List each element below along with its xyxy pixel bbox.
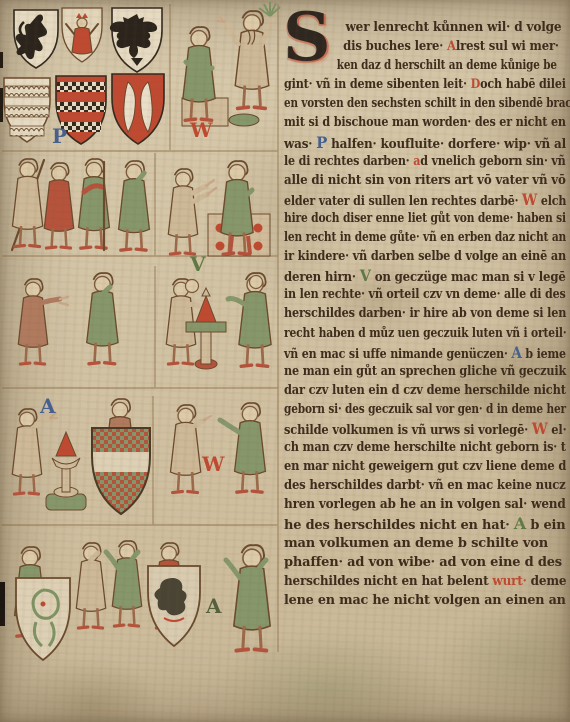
shield-wavy-bands-icon bbox=[4, 78, 50, 142]
text-segment: elch bbox=[537, 194, 566, 209]
text-line: dis buches lere· Alrest sul wi mer· bbox=[284, 37, 537, 56]
picture-column bbox=[0, 0, 285, 722]
text-line: lene en mac he nicht volgen an einen an bbox=[284, 591, 561, 610]
text-segment: en mar nicht geweigern gut czv liene dem… bbox=[284, 459, 566, 474]
rubricated-initial: D bbox=[471, 77, 481, 92]
text-segment: recht haben d můz uen geczuik luten vñ i… bbox=[284, 326, 566, 341]
text-segment: ne man ein gůt an sprechen gliche vñ gec… bbox=[284, 364, 566, 379]
text-line: deren hirn· V on geczüge mac man si v le… bbox=[284, 266, 539, 285]
text-segment: lrest sul wi mer· bbox=[456, 39, 559, 54]
text-line: ir kindere· vñ darben selbe d volge an e… bbox=[284, 247, 529, 266]
text-line: ch man czv deme herschilte nicht geborn … bbox=[284, 438, 529, 457]
text-line: en vorsten den sechsten schilt in den si… bbox=[284, 94, 510, 113]
text-segment: dar czv luten ein d czv deme herschilde … bbox=[284, 383, 566, 398]
text-segment: deme bbox=[527, 574, 567, 589]
shield-two-fish-icon bbox=[112, 74, 164, 144]
rubricated-initial: V bbox=[360, 266, 371, 285]
text-segment: gint· vñ in deme sibenten leit· bbox=[284, 77, 471, 92]
miniature-row-heraldry bbox=[4, 2, 280, 144]
rubricated-initial: W bbox=[532, 419, 548, 438]
text-segment: mit si d bischoue man worden· des er nic… bbox=[284, 115, 566, 130]
text-segment: ken daz d herschilt an deme kůnige be bbox=[337, 58, 557, 73]
text-segment: herschildes darben· ir hire ab von deme … bbox=[284, 306, 566, 321]
painted-initial-W: W bbox=[202, 454, 224, 474]
text-segment: ch man czv deme herschilte nicht geborn … bbox=[284, 440, 566, 455]
miniature-row-eagle-shields bbox=[15, 541, 271, 660]
text-segment: b ein bbox=[526, 518, 565, 533]
text-segment: alle di nicht sin von riters art vō vate… bbox=[284, 173, 566, 188]
miniature-row-homage bbox=[12, 159, 270, 256]
rubricated-initial: A bbox=[447, 39, 456, 54]
text-line: in len rechte· vñ orteil czv vn deme· al… bbox=[284, 285, 525, 304]
rubricated-initial: W bbox=[522, 190, 537, 209]
text-segment: halfen· koufluite· dorfere· wip· vñ al bbox=[327, 137, 566, 152]
page-edge-mark bbox=[0, 88, 3, 122]
text-segment: vñ en mac si uffe nimande genüczen· bbox=[284, 347, 511, 362]
rubricated-initial: a bbox=[413, 154, 420, 169]
text-segment: schilde volkumen is vñ urws si vorlegē· bbox=[284, 423, 532, 438]
seated-man-green bbox=[182, 27, 228, 126]
text-segment: hren vorlegen ab he an in volgen sal· we… bbox=[284, 497, 566, 512]
page-edge-mark bbox=[0, 52, 3, 68]
painted-initial-V: V bbox=[190, 254, 206, 274]
text-line: man volkumen an deme b schilte von bbox=[284, 534, 566, 553]
text-line: geborn si· des geczuik sal vor gen· d in… bbox=[284, 400, 513, 419]
text-segment: he des herschildes nicht en hat· bbox=[284, 518, 514, 533]
text-segment: was· bbox=[284, 137, 316, 152]
panel-crowned-king-icon bbox=[62, 8, 102, 62]
text-line: herschildes darben· ir hire ab von deme … bbox=[284, 304, 529, 323]
text-line: he des herschildes nicht en hat· A b ein bbox=[284, 514, 565, 533]
text-segment: d vnelich geborn sin· vñ bbox=[420, 154, 565, 169]
rubricated-initial: A bbox=[511, 343, 521, 362]
man-with-banded-shield bbox=[92, 399, 150, 516]
shield-dark-bird-icon bbox=[148, 566, 200, 646]
shield-eagle-sketch-icon bbox=[16, 578, 70, 660]
rubricated-initial: A bbox=[514, 514, 526, 533]
text-line: hren vorlegen ab he an in volgen sal· we… bbox=[284, 495, 546, 514]
text-segment: geborn si· des geczuik sal vor gen· d in… bbox=[284, 402, 566, 417]
text-segment: hire doch diser enne liet gůt von deme· … bbox=[284, 211, 566, 226]
text-segment: wer lenrecht kůnnen wil· d volge bbox=[345, 20, 561, 35]
text-segment: man volkumen an deme b schilte von bbox=[284, 536, 548, 551]
text-segment: on geczüge mac man si v legē bbox=[371, 270, 566, 285]
text-segment: ir kindere· vñ darben selbe d volge an e… bbox=[284, 249, 566, 264]
painted-initial-A: A bbox=[206, 596, 222, 616]
text-line: wer lenrecht kůnnen wil· d volge bbox=[284, 18, 547, 37]
text-line: alle di nicht sin von riters art vō vate… bbox=[284, 171, 541, 190]
text-line: ken daz d herschilt an deme kůnige be bbox=[284, 56, 510, 75]
text-line: elder vater di sullen len rechtes darbē·… bbox=[284, 190, 524, 209]
text-segment: in len rechte· vñ orteil czv vn deme· al… bbox=[284, 287, 566, 302]
shield-black-lion-icon bbox=[14, 10, 58, 68]
text-line: en mar nicht geweigern gut czv liene dem… bbox=[284, 457, 533, 476]
text-segment: phaffen· ad von wibe· ad von eine d des bbox=[284, 555, 562, 570]
text-line: schilde volkumen is vñ urws si vorlegē· … bbox=[284, 419, 533, 438]
text-segment: dis buches lere· bbox=[343, 39, 447, 54]
text-segment: lene en mac he nicht volgen an einen an bbox=[284, 593, 566, 608]
text-segment: herschildes nicht en hat belent bbox=[284, 574, 492, 589]
text-column: wer lenrecht kůnnen wil· d volgedis buch… bbox=[284, 18, 566, 658]
painted-initial-P: P bbox=[52, 126, 67, 146]
text-line: dar czv luten ein d czv deme herschilde … bbox=[284, 381, 532, 400]
text-line: was· P halfen· koufluite· dorfere· wip· … bbox=[284, 133, 544, 152]
miniature-row-reliquary bbox=[18, 273, 271, 369]
text-segment: el· bbox=[547, 423, 566, 438]
text-segment: des herschildes darbt· vñ en mac keine n… bbox=[284, 478, 566, 493]
oath-on-reliquary bbox=[166, 273, 271, 369]
text-line: herschildes nicht en hat belent wurt· de… bbox=[284, 572, 545, 591]
text-line: ne man ein gůt an sprechen gliche vñ gec… bbox=[284, 362, 528, 381]
text-line: recht haben d můz uen geczuik luten vñ i… bbox=[284, 324, 517, 343]
text-line: des herschildes darbt· vñ en mac keine n… bbox=[284, 476, 536, 495]
text-line: le di rechtes darben· ad vnelich geborn … bbox=[284, 152, 526, 171]
text-line: gint· vñ in deme sibenten leit· Doch hab… bbox=[284, 75, 526, 94]
painted-initial-W: W bbox=[190, 120, 212, 140]
text-segment: len recht in deme gůte· vñ en erben daz … bbox=[284, 230, 566, 245]
homage-before-seated-lord bbox=[168, 161, 270, 256]
text-line: len recht in deme gůte· vñ en erben daz … bbox=[284, 228, 515, 247]
rubricated-initial: P bbox=[316, 133, 327, 152]
text-line: phaffen· ad von wibe· ad von eine d des bbox=[284, 553, 566, 572]
page-edge-mark bbox=[0, 582, 5, 626]
text-segment: b ieme bbox=[522, 347, 566, 362]
shield-black-eagle-icon bbox=[110, 8, 162, 72]
text-line: hire doch diser enne liet gůt von deme· … bbox=[284, 209, 516, 228]
text-segment: deren hirn· bbox=[284, 270, 360, 285]
text-segment: elder vater di sullen len rechtes darbē· bbox=[284, 194, 522, 209]
text-segment: och habē dilei bbox=[480, 77, 566, 92]
painted-initial-A: A bbox=[40, 396, 56, 416]
rubricated-initial: wurt· bbox=[492, 574, 526, 589]
text-line: vñ en mac si uffe nimande genüczen· A b … bbox=[284, 343, 524, 362]
text-segment: le di rechtes darben· bbox=[284, 154, 413, 169]
text-segment: en vorsten den sechsten schilt in den si… bbox=[284, 96, 570, 111]
chalice-reliquary bbox=[46, 432, 86, 510]
manuscript-page: PWVAWA S wer lenrecht kůnnen wil· d volg… bbox=[0, 0, 570, 722]
text-line: mit si d bischoue man worden· des er nic… bbox=[284, 113, 526, 132]
